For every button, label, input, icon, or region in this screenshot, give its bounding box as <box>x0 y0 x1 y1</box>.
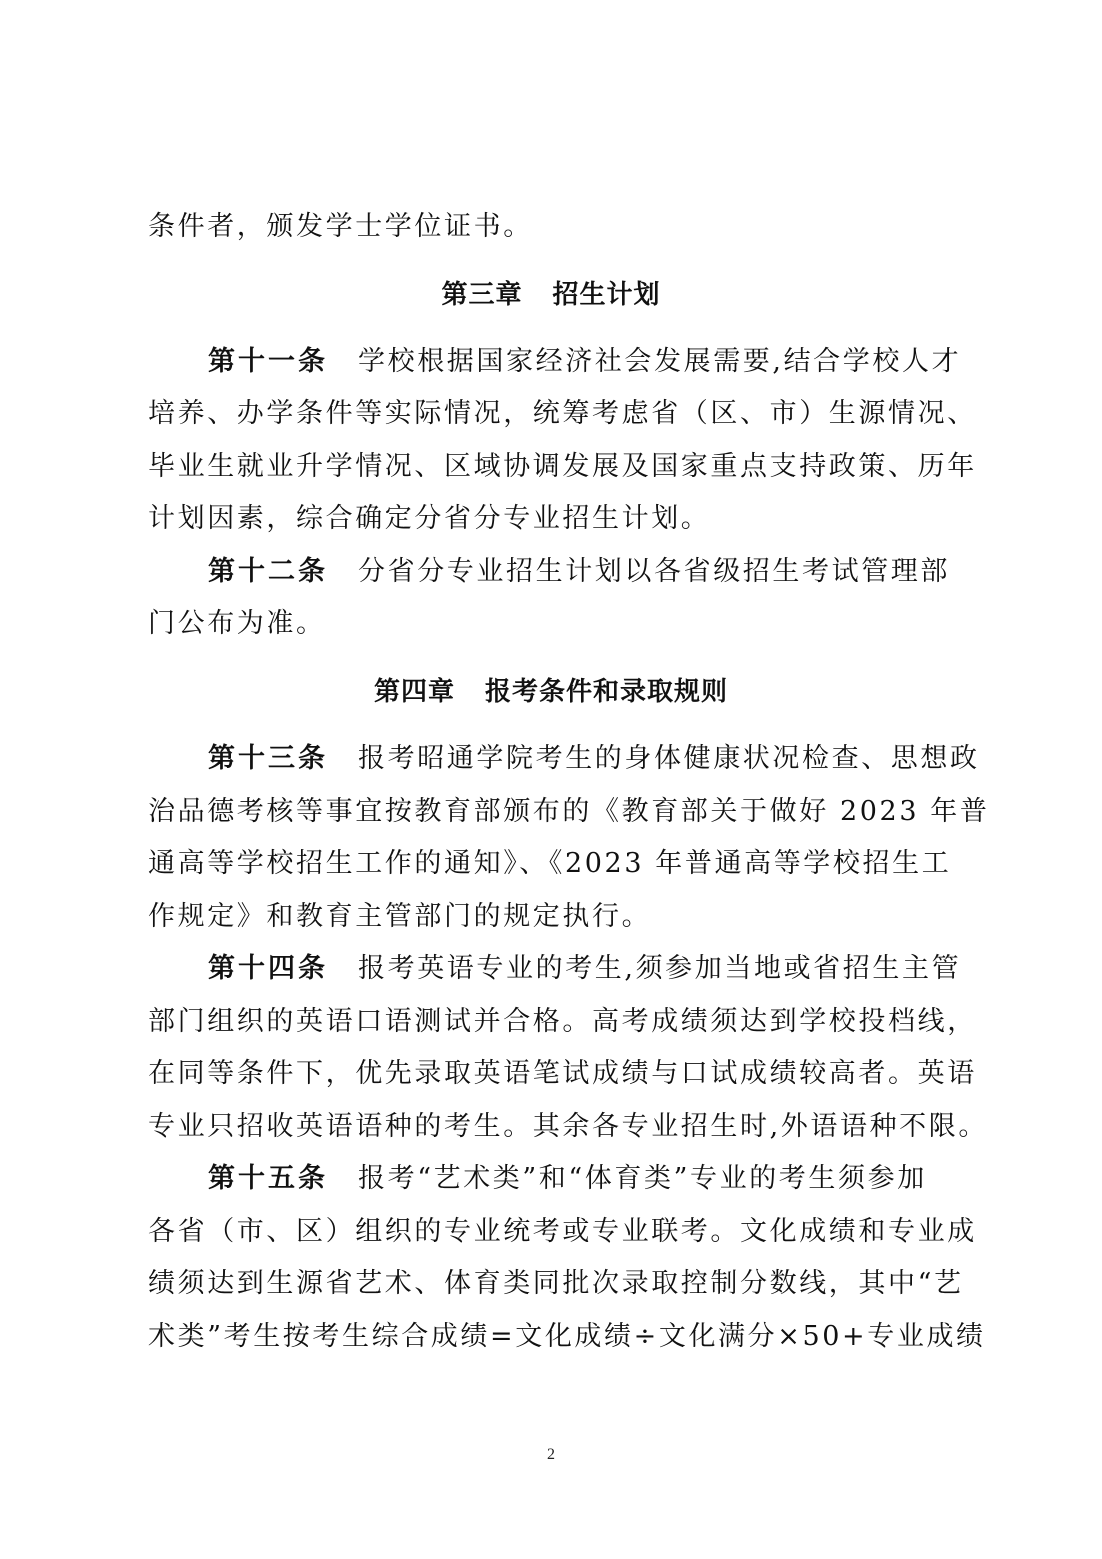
article-12-line-2: 门公布为准。 <box>148 607 968 641</box>
article-label: 第十五条 <box>208 1163 328 1194</box>
article-11-line-3: 毕业生就业升学情况、区域协调发展及国家重点支持政策、历年 <box>148 450 968 484</box>
article-11-line-1: 第十一条学校根据国家经济社会发展需要,结合学校人才 <box>208 345 968 379</box>
continuation-text: 条件者，颁发学士学位证书。 <box>148 210 968 244</box>
article-text: 分省分专业招生计划以各省级招生考试管理部 <box>358 556 950 587</box>
article-label: 第十二条 <box>208 556 328 587</box>
article-15-line-3: 绩须达到生源省艺术、体育类同批次录取控制分数线，其中“艺 <box>148 1267 968 1301</box>
article-14-line-3: 在同等条件下，优先录取英语笔试成绩与口试成绩较高者。英语 <box>148 1057 968 1091</box>
article-14-line-2: 部门组织的英语口语测试并合格。高考成绩须达到学校投档线， <box>148 1005 968 1039</box>
article-label: 第十四条 <box>208 953 328 984</box>
article-13-line-4: 作规定》和教育主管部门的规定执行。 <box>148 900 968 934</box>
article-label: 第十三条 <box>208 743 328 774</box>
article-12-line-1: 第十二条分省分专业招生计划以各省级招生考试管理部 <box>208 555 968 589</box>
article-text: 报考“艺术类”和“体育类”专业的考生须参加 <box>358 1163 927 1194</box>
article-text: 学校根据国家经济社会发展需要,结合学校人才 <box>358 346 961 377</box>
page-number: 2 <box>0 1446 1102 1464</box>
article-13-line-3: 通高等学校招生工作的通知》、《2023 年普通高等学校招生工 <box>148 847 968 881</box>
article-text: 报考英语专业的考生,须参加当地或省招生主管 <box>358 953 961 984</box>
article-label: 第十一条 <box>208 346 328 377</box>
article-13-line-2: 治品德考核等事宜按教育部颁布的《教育部关于做好 2023 年普 <box>148 795 968 829</box>
chapter-number: 第三章 <box>441 280 522 310</box>
chapter-number: 第四章 <box>374 677 455 707</box>
article-15-line-1: 第十五条报考“艺术类”和“体育类”专业的考生须参加 <box>208 1162 968 1196</box>
article-14-line-1: 第十四条报考英语专业的考生,须参加当地或省招生主管 <box>208 952 968 986</box>
document-page: 条件者，颁发学士学位证书。 第三章招生计划 第十一条学校根据国家经济社会发展需要… <box>0 0 1102 1559</box>
article-text: 报考昭通学院考生的身体健康状况检查、思想政 <box>358 743 980 774</box>
chapter-4-heading: 第四章报考条件和录取规则 <box>0 675 1102 709</box>
article-15-line-2: 各省（市、区）组织的专业统考或专业联考。文化成绩和专业成 <box>148 1215 968 1249</box>
article-11-line-2: 培养、办学条件等实际情况，统筹考虑省（区、市）生源情况、 <box>148 397 968 431</box>
article-11-line-4: 计划因素，综合确定分省分专业招生计划。 <box>148 502 968 536</box>
article-15-line-4: 术类”考生按考生综合成绩=文化成绩÷文化满分×50+专业成绩 <box>148 1320 968 1354</box>
chapter-3-heading: 第三章招生计划 <box>0 278 1102 312</box>
chapter-title: 报考条件和录取规则 <box>485 677 728 707</box>
chapter-title: 招生计划 <box>553 280 661 310</box>
article-13-line-1: 第十三条报考昭通学院考生的身体健康状况检查、思想政 <box>208 742 968 776</box>
article-14-line-4: 专业只招收英语语种的考生。其余各专业招生时,外语语种不限。 <box>148 1110 968 1144</box>
